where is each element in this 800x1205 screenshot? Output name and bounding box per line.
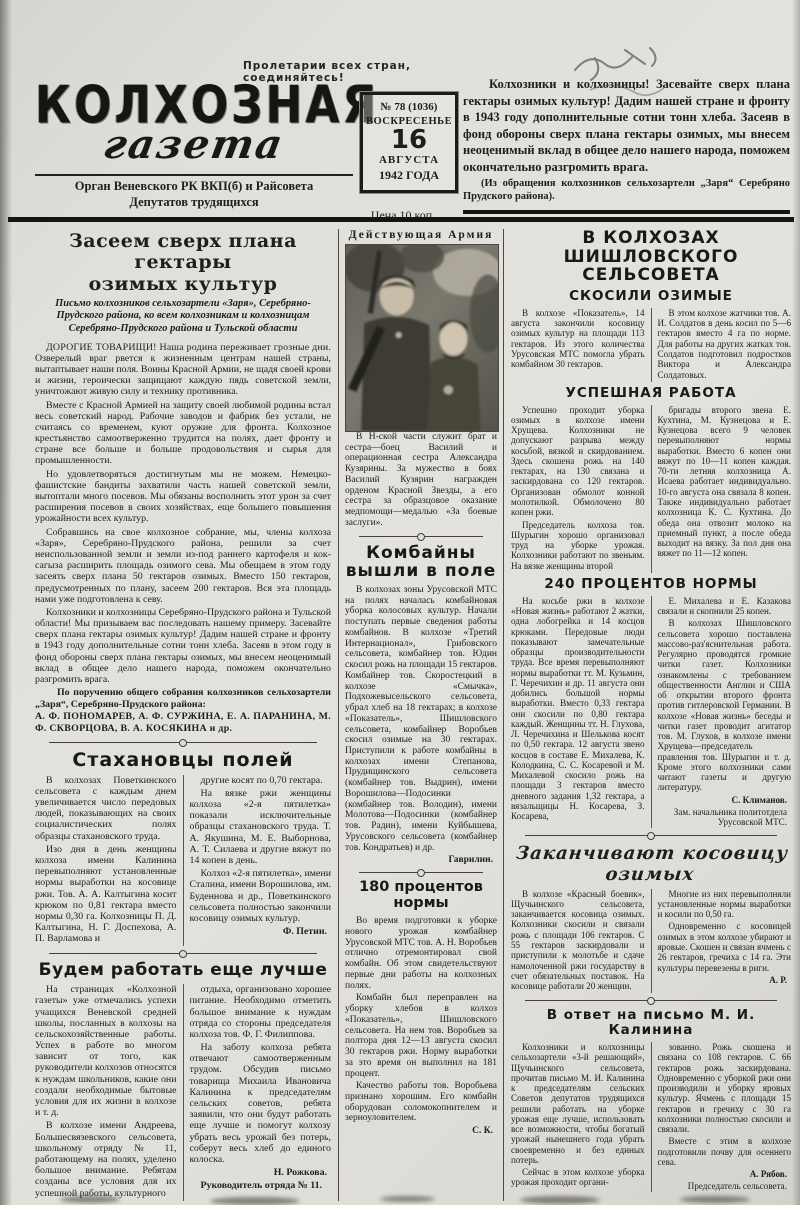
kombainy-title: Комбайны вышли в поле [345,544,497,581]
paragraph: бригады второго звена Е. Кухтина, М. Куз… [658,405,792,559]
zakanchivayut-col-b: Многие из них перевыполняли установленны… [651,889,792,994]
divider-dot-icon [179,739,187,747]
norma240-title: 240 ПРОЦЕНТОВ НОРМЫ [511,577,791,592]
budem-col-b: отдыха, организовано хорошее питание. Не… [183,984,332,1201]
lead-headline-line2: озимых культур [35,274,331,295]
budem-columns: На страницах «Колхозной газеты» уже отме… [35,984,331,1201]
stakhanovtsy-columns: В колхозах Поветкинского сельсовета с ка… [35,775,331,947]
skosili-title: СКОСИЛИ ОЗИМЫЕ [511,289,791,304]
skosili-columns: В колхозе «Показатель», 14 августа закон… [511,308,791,382]
scan-smudge [60,1196,120,1203]
paragraph: В колхозе «Показатель», 14 августа закон… [511,308,645,370]
otvet-col-a: Колхозники и колхозницы сельхозартели «3… [511,1042,645,1192]
otvet-col-b: зованно. Рожь скошена и связана со 108 г… [651,1042,792,1192]
zakanchivayut-title: Заканчивают косовицу озимых [509,843,791,885]
lead-paragraph: Собравшись на свое колхозное собрание, м… [35,527,331,605]
paragraph: Сейчас в этом колхозе уборка урожая прох… [511,1167,645,1188]
otvet-title: В ответ на письмо М. И. Калинина [511,1008,791,1038]
budem-section: Будем работать еще лучше На страницах «К… [35,961,331,1200]
middle-column: Действующая Армия [339,229,504,1201]
section-divider [359,536,483,537]
publisher-line-1: Орган Веневского РК ВКП(б) и Райсовета [35,179,353,195]
kombainy-title-line2: вышли в поле [345,562,497,581]
section-divider [525,835,777,836]
banner-line1: В КОЛХОЗАХ ШИШЛОВСКОГО [511,229,791,266]
paragraph: В колхозах Шишловского сельсовета хорошо… [658,618,792,793]
lead-paragraph: Колхозники и колхозницы Серебряно-Прудск… [35,607,331,685]
norma180-title: 180 процентов нормы [345,880,497,912]
newspaper-subtitle: газета [101,126,287,164]
byline: А. Р. [658,975,788,985]
paragraph: В колхозах зоны Урусовской МТС на полях … [345,585,497,853]
publisher-line: Орган Веневского РК ВКП(б) и Райсовета Д… [35,174,353,210]
byline: Н. Рожкова. [190,1167,328,1178]
shishlovsky-banner: В КОЛХОЗАХ ШИШЛОВСКОГО СЕЛЬСОВЕТА [511,229,791,285]
army-label: Действующая Армия [345,229,497,241]
section-divider [525,1000,777,1001]
section-divider [49,953,317,954]
publisher-line-2: Депутатов трудящихся [35,195,353,211]
left-column: Засеем сверх плана гектары озимых культу… [35,229,339,1201]
paragraph: В этом колхозе жатчики тов. А. И. Солдат… [658,308,792,380]
lead-headline: Засеем сверх плана гектары озимых культу… [35,231,331,295]
otvet-columns: Колхозники и колхозницы сельхозартели «3… [511,1042,791,1192]
divider-dot-icon [647,997,655,1005]
stakhanovtsy-col-b: другие косят по 0,70 гектара. На вязке р… [183,775,332,947]
divider-dot-icon [647,832,655,840]
banner-line2: СЕЛЬСОВЕТА [511,266,791,285]
month: АВГУСТА [366,154,452,166]
divider-dot-icon [417,869,425,877]
paragraph: Изо дня в день женщины колхоза имени Кал… [35,844,177,945]
lead-subhead: Письмо колхозников сельхозартели «Заря»,… [35,298,331,336]
paragraph: В колхозе «Красный боевик», Щучьинского … [511,889,645,992]
zakanchivayut-section: Заканчивают косовицу озимых В колхозе «К… [511,843,791,994]
byline-role: Руководитель отряда № 11. [190,1180,332,1191]
paragraph: В колхозах Поветкинского сельсовета с ка… [35,775,177,842]
byline: Ф. Петин. [190,926,328,937]
uspeshnaya-col-b: бригады второго звена Е. Кухтина, М. Куз… [651,405,792,573]
front-photo [345,244,499,432]
year: 1942 ГОДА [366,168,452,183]
scan-smudge [520,1196,600,1204]
scan-smudge [380,1196,435,1202]
scan-smudge [680,1196,750,1203]
skosili-col-b: В этом колхозе жатчики тов. А. И. Солдат… [651,308,792,382]
paragraph: Колхоз «2-я пятилетка», имени Сталина, и… [190,868,332,924]
norma240-col-b: Е. Михалева и Е. Казакова связали и скоп… [651,596,792,828]
lead-paragraph: Но удовлетворяться достигнутым мы не мож… [35,469,331,525]
stakhanovtsy-section: Стахановцы полей В колхозах Поветкинског… [35,750,331,947]
stakhanovtsy-title: Стахановцы полей [35,750,331,771]
right-column: В КОЛХОЗАХ ШИШЛОВСКОГО СЕЛЬСОВЕТА СКОСИЛ… [504,229,791,1201]
lead-paragraph: Вместе с Красной Армией на защиту своей … [35,400,331,467]
paragraph: Одновременно с косовицей озимых в этом к… [658,921,792,972]
paragraph: другие косят по 0,70 гектара. [190,775,332,786]
appeal-rule [463,210,790,214]
kombainy-title-line1: Комбайны [345,544,497,563]
byline: А. Рябов. [658,1169,788,1179]
divider-dot-icon [179,950,187,958]
paragraph: На косьбе ржи в колхозе «Новая жизнь» ра… [511,596,645,822]
appeal-attribution: (Из обращения колхозников сельхозартели … [463,177,790,203]
paragraph: отдыха, организовано хорошее питание. Не… [190,984,332,1040]
skosili-col-a: В колхозе «Показатель», 14 августа закон… [511,308,645,382]
skosili-section: СКОСИЛИ ОЗИМЫЕ В колхозе «Показатель», 1… [511,289,791,382]
norma240-columns: На косьбе ржи в колхозе «Новая жизнь» ра… [511,596,791,828]
byline-role: Зам. начальника политотдела Урусовской М… [658,807,788,828]
stakhanovtsy-col-a: В колхозах Поветкинского сельсовета с ка… [35,775,177,947]
byline: С. К. [345,1126,493,1136]
issue-date-box: № 78 (1036) ВОСКРЕСЕНЬЕ 16 АВГУСТА 1942 … [360,92,458,193]
masthead-rule [8,217,794,222]
lead-paragraph: ДОРОГИЕ ТОВАРИЩИ! Наша родина переживает… [35,342,331,398]
zakanchivayut-columns: В колхозе «Красный боевик», Щучьинского … [511,889,791,994]
paragraph: В колхозе имени Андреева, Большесвязевск… [35,1120,177,1198]
scan-smudge [210,1197,300,1205]
paragraph: Успешно проходит уборка озимых в колхозе… [511,405,645,518]
lead-signature-intro: По поручению общего собрания колхозников… [35,687,331,710]
section-divider [49,742,317,743]
issue-number: № 78 (1036) [366,101,452,113]
paragraph: Во время подготовки к уборке нового урож… [345,916,497,991]
uspeshnaya-title: УСПЕШНАЯ РАБОТА [511,386,791,401]
divider-dot-icon [417,533,425,541]
norma240-section: 240 ПРОЦЕНТОВ НОРМЫ На косьбе ржи в колх… [511,577,791,828]
paragraph: Комбайн был переправлен на уборку хлебов… [345,993,497,1079]
day-number: 16 [366,127,452,154]
section-divider [359,872,483,873]
paragraph: Колхозники и колхозницы сельхозартели «3… [511,1042,645,1165]
paragraph: Председатель колхоза тов. Шурыгин хорошо… [511,520,645,571]
paragraph: Многие из них перевыполняли установленны… [658,889,792,920]
paragraph: На заботу колхоза ребята отвечают самоот… [190,1042,332,1165]
uspeshnaya-col-a: Успешно проходит уборка озимых в колхозе… [511,405,645,573]
lead-headline-line1: Засеем сверх плана гектары [35,231,331,274]
paragraph: Качество работы тов. Воробьева признано … [345,1081,497,1124]
uspeshnaya-columns: Успешно проходит уборка озимых в колхозе… [511,405,791,573]
byline-role: Председатель сельсовета. [658,1181,788,1191]
kombainy-section: Комбайны вышли в поле В колхозах зоны Ур… [345,544,497,866]
paragraph: На страницах «Колхозной газеты» уже отме… [35,984,177,1118]
uspeshnaya-section: УСПЕШНАЯ РАБОТА Успешно проходит уборка … [511,386,791,573]
lead-article: Засеем сверх плана гектары озимых культу… [35,231,331,735]
zakanchivayut-col-a: В колхозе «Красный боевик», Щучьинского … [511,889,645,994]
budem-title: Будем работать еще лучше [35,961,331,980]
paragraph: На вязке ржи женщины колхоза «2-я пятиле… [190,788,332,866]
norma180-section: 180 процентов нормы Во время подготовки … [345,880,497,1136]
photo-caption: В Н-ской части служит брат и сестра—боец… [345,432,497,529]
paragraph: Е. Михалева и Е. Казакова связали и скоп… [658,596,792,617]
newspaper-page: Пролетарии всех стран, соединяйтесь! КОЛ… [0,0,800,1205]
lead-signatures: А. Ф. ПОНОМАРЕВ, А. Ф. СУРЖИНА, Е. А. ПА… [35,711,331,735]
norma240-col-a: На косьбе ржи в колхозе «Новая жизнь» ра… [511,596,645,828]
newspaper-masthead: КОЛХОЗНАЯ газета Орган Веневского РК ВКП… [35,80,353,210]
byline: С. Климанов. [658,795,788,805]
otvet-section: В ответ на письмо М. И. Калинина Колхозн… [511,1008,791,1191]
paragraph: Вместе с этим в колхозе подготовили почв… [658,1136,792,1167]
paragraph: зованно. Рожь скошена и связана со 108 г… [658,1042,792,1134]
byline: Гаврилин. [345,855,493,865]
page-columns: Засеем сверх плана гектары озимых культу… [35,229,791,1201]
pencil-scribble [555,40,705,110]
budem-col-a: На страницах «Колхозной газеты» уже отме… [35,984,177,1201]
